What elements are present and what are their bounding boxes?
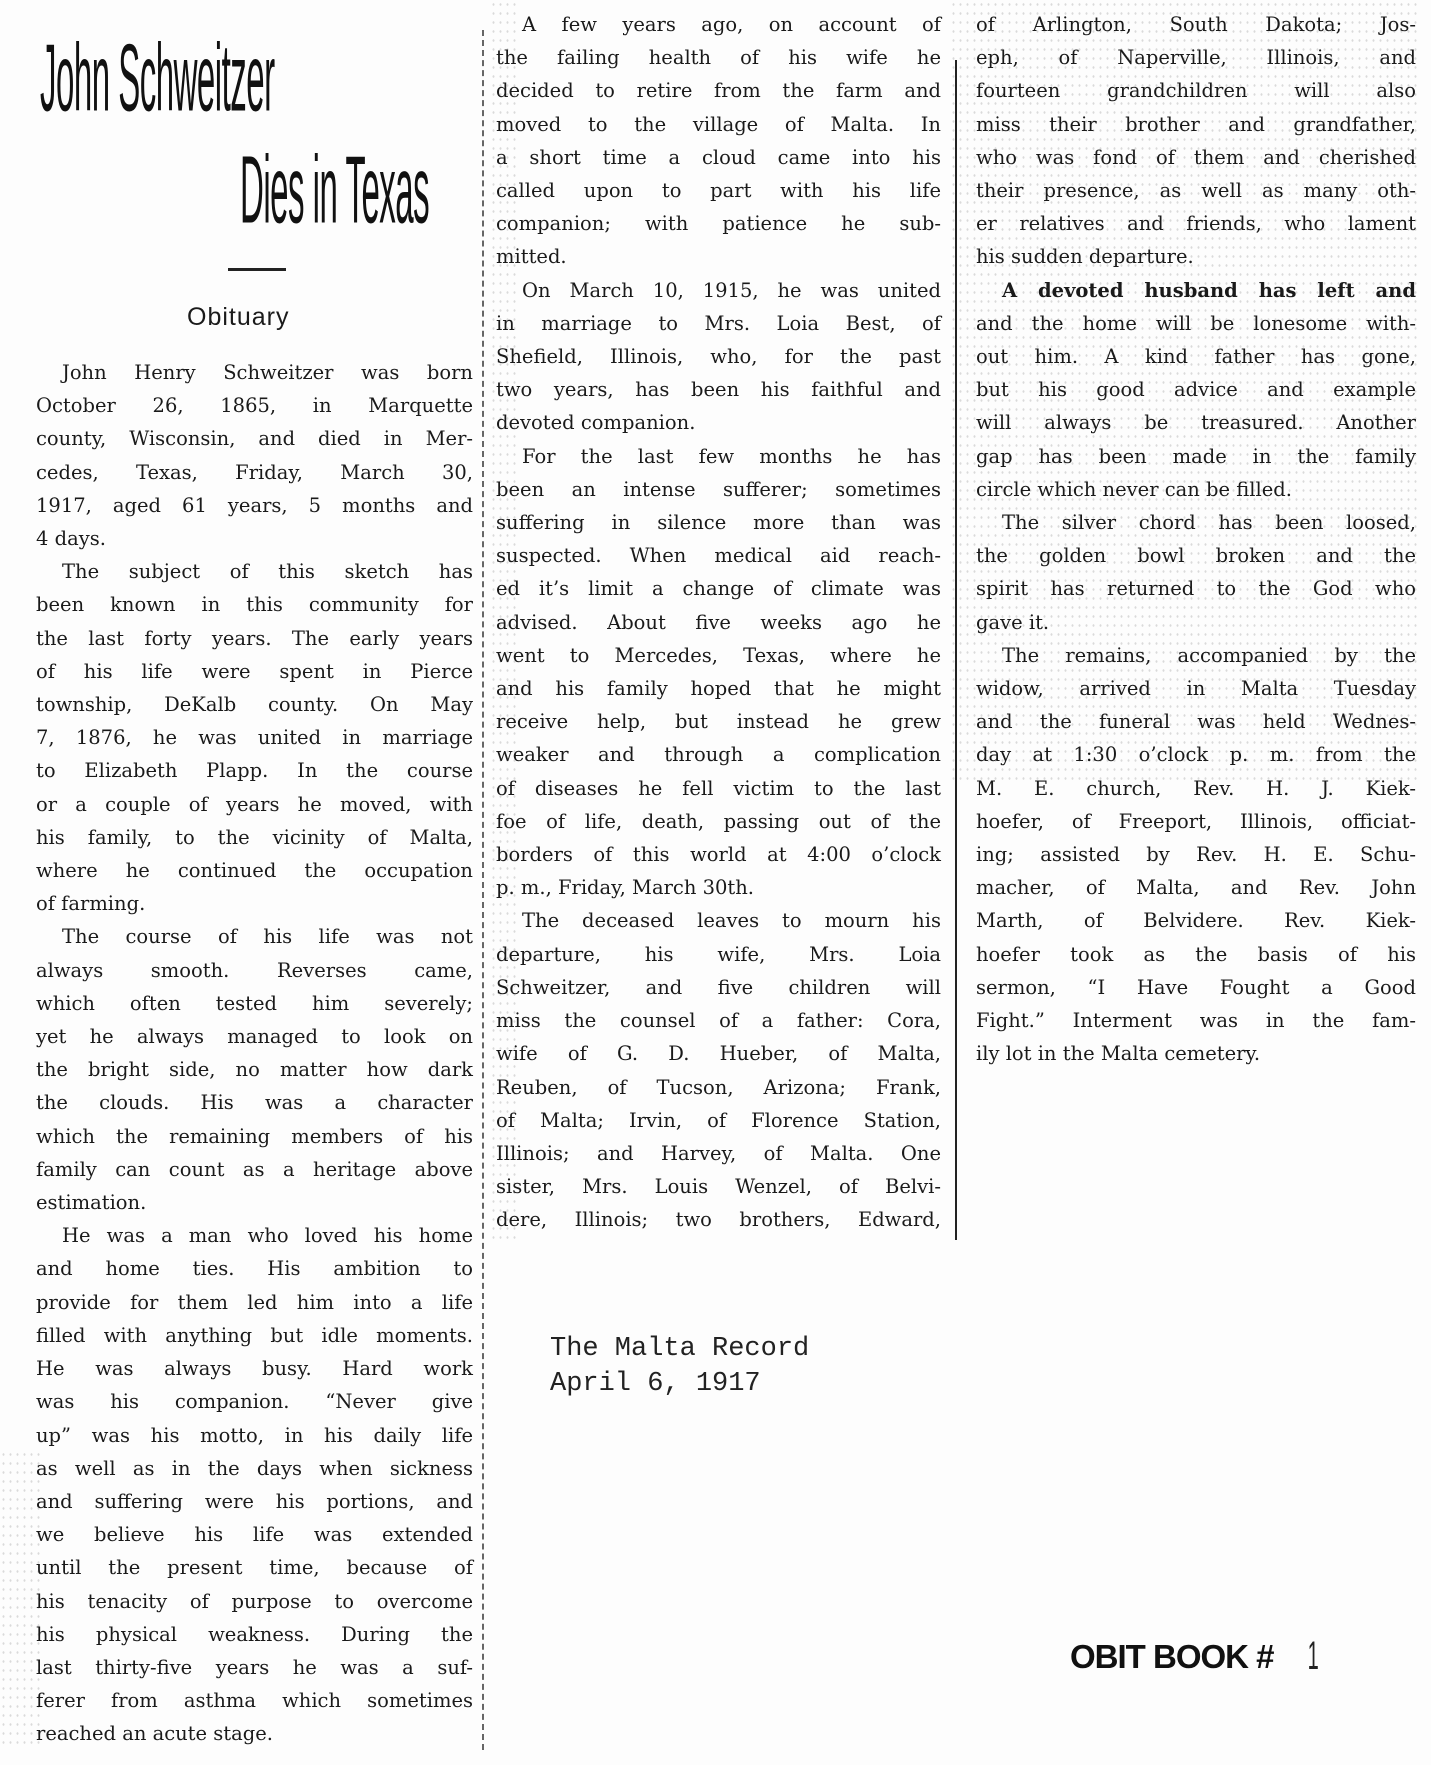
headline-line-1: John Schweitzer <box>40 22 275 132</box>
article-line: and home ties. His ambition to <box>36 1252 473 1285</box>
article-line: been known in this community for <box>36 588 473 621</box>
article-line: sermon, “I Have Fought a Good <box>976 971 1416 1004</box>
article-line: of diseases he fell victim to the last <box>496 772 941 805</box>
article-line: the clouds. His was a character <box>36 1086 473 1119</box>
article-line: been an intense sufferer; sometimes <box>496 473 941 506</box>
article-line: The remains, accompanied by the <box>976 639 1416 672</box>
obit-book-number: 1 <box>1308 1634 1319 1679</box>
article-line: October 26, 1865, in Marquette <box>36 389 473 422</box>
article-line: A devoted husband has left and <box>976 274 1416 307</box>
article-line: of Arlington, South Dakota; Jos- <box>976 8 1416 41</box>
article-line: er relatives and friends, who lament <box>976 207 1416 240</box>
article-line: yet he always managed to look on <box>36 1020 473 1053</box>
article-line: 1917, aged 61 years, 5 months and <box>36 489 473 522</box>
article-line: devoted companion. <box>496 406 941 439</box>
article-line: miss their brother and grandfather, <box>976 108 1416 141</box>
article-line: county, Wisconsin, and died in Mer- <box>36 422 473 455</box>
article-line: mitted. <box>496 240 941 273</box>
article-line: out him. A kind father has gone, <box>976 340 1416 373</box>
article-line: For the last few months he has <box>496 440 941 473</box>
article-column-2: A few years ago, on account ofthe failin… <box>496 8 941 1237</box>
article-line: the last forty years. The early years <box>36 622 473 655</box>
article-line: his physical weakness. During the <box>36 1618 473 1651</box>
article-line: the bright side, no matter how dark <box>36 1053 473 1086</box>
article-line: suspected. When medical aid reach- <box>496 539 941 572</box>
article-line: advised. About five weeks ago he <box>496 606 941 639</box>
article-line: a short time a cloud came into his <box>496 141 941 174</box>
article-line: M. E. church, Rev. H. J. Kiek- <box>976 772 1416 805</box>
article-line: circle which never can be filled. <box>976 473 1416 506</box>
article-line: his family, to the vicinity of Malta, <box>36 821 473 854</box>
article-line: The subject of this sketch has <box>36 555 473 588</box>
article-line: was his companion. “Never give <box>36 1385 473 1418</box>
article-line: went to Mercedes, Texas, where he <box>496 639 941 672</box>
article-line: his sudden departure. <box>976 240 1416 273</box>
article-line: spirit has returned to the God who <box>976 572 1416 605</box>
article-line: fourteen grandchildren will also <box>976 74 1416 107</box>
article-line: hoefer took as the basis of his <box>976 938 1416 971</box>
headline-divider <box>228 268 286 271</box>
article-line: On March 10, 1915, he was united <box>496 274 941 307</box>
publication-date: April 6, 1917 <box>550 1367 809 1402</box>
article-line: and the funeral was held Wednes- <box>976 705 1416 738</box>
article-line: macher, of Malta, and Rev. John <box>976 871 1416 904</box>
article-line: The silver chord has been loosed, <box>976 506 1416 539</box>
article-line: moved to the village of Malta. In <box>496 108 941 141</box>
article-column-3: of Arlington, South Dakota; Jos-eph, of … <box>976 8 1416 1071</box>
article-line: receive help, but instead he grew <box>496 705 941 738</box>
source-caption: The Malta Record April 6, 1917 <box>550 1332 809 1402</box>
article-line: day at 1:30 o’clock p. m. from the <box>976 738 1416 771</box>
article-line: ily lot in the Malta cemetery. <box>976 1037 1416 1070</box>
article-line: foe of life, death, passing out of the <box>496 805 941 838</box>
article-line: filled with anything but idle moments. <box>36 1319 473 1352</box>
article-line: The deceased leaves to mourn his <box>496 904 941 937</box>
obit-book-label: OBIT BOOK # <box>1070 1638 1274 1676</box>
article-line: cedes, Texas, Friday, March 30, <box>36 456 473 489</box>
article-line: the golden bowl broken and the <box>976 539 1416 572</box>
article-line: He was a man who loved his home <box>36 1219 473 1252</box>
article-line: departure, his wife, Mrs. Loia <box>496 938 941 971</box>
article-line: as well as in the days when sickness <box>36 1452 473 1485</box>
article-line: Reuben, of Tucson, Arizona; Frank, <box>496 1071 941 1104</box>
article-line: The course of his life was not <box>36 920 473 953</box>
scan-speckle <box>0 1450 40 1750</box>
article-line: two years, has been his faithful and <box>496 373 941 406</box>
column-rule <box>955 60 957 1240</box>
article-line: Shefield, Illinois, who, for the past <box>496 340 941 373</box>
article-line: wife of G. D. Hueber, of Malta, <box>496 1037 941 1070</box>
article-line: borders of this world at 4:00 o’clock <box>496 838 941 871</box>
article-line: companion; with patience he sub- <box>496 207 941 240</box>
article-line: sister, Mrs. Louis Wenzel, of Belvi- <box>496 1170 941 1203</box>
article-line: until the present time, because of <box>36 1551 473 1584</box>
column-rule <box>482 30 486 1750</box>
article-line: to Elizabeth Plapp. In the course <box>36 754 473 787</box>
article-line: their presence, as well as many oth- <box>976 174 1416 207</box>
article-line: provide for them led him into a life <box>36 1286 473 1319</box>
article-line: but his good advice and example <box>976 373 1416 406</box>
article-line: of his life were spent in Pierce <box>36 655 473 688</box>
article-line: John Henry Schweitzer was born <box>36 356 473 389</box>
article-line: or a couple of years he moved, with <box>36 788 473 821</box>
article-line: last thirty-five years he was a suf- <box>36 1651 473 1684</box>
article-line: where he continued the occupation <box>36 854 473 887</box>
article-line: in marriage to Mrs. Loia Best, of <box>496 307 941 340</box>
article-line: 7, 1876, he was united in marriage <box>36 721 473 754</box>
article-line: eph, of Naperville, Illinois, and <box>976 41 1416 74</box>
article-line: the failing health of his wife he <box>496 41 941 74</box>
article-line: widow, arrived in Malta Tuesday <box>976 672 1416 705</box>
article-line: family can count as a heritage above <box>36 1153 473 1186</box>
article-line: miss the counsel of a father: Cora, <box>496 1004 941 1037</box>
article-line: township, DeKalb county. On May <box>36 688 473 721</box>
article-line: we believe his life was extended <box>36 1518 473 1551</box>
article-line: will always be treasured. Another <box>976 406 1416 439</box>
article-line: A few years ago, on account of <box>496 8 941 41</box>
article-line: his tenacity of purpose to overcome <box>36 1585 473 1618</box>
scanned-newspaper-page: John Schweitzer Dies in Texas Obituary J… <box>0 0 1431 1765</box>
article-line: and the home will be lonesome with- <box>976 307 1416 340</box>
article-line: weaker and through a complication <box>496 738 941 771</box>
article-line: 4 days. <box>36 522 473 555</box>
article-line: He was always busy. Hard work <box>36 1352 473 1385</box>
article-line: Marth, of Belvidere. Rev. Kiek- <box>976 904 1416 937</box>
article-line: Schweitzer, and five children will <box>496 971 941 1004</box>
article-line: hoefer, of Freeport, Illinois, officiat- <box>976 805 1416 838</box>
article-line: reached an acute stage. <box>36 1717 473 1750</box>
article-line: and suffering were his portions, and <box>36 1485 473 1518</box>
article-line: always smooth. Reverses came, <box>36 954 473 987</box>
article-line: estimation. <box>36 1186 473 1219</box>
article-line: ferer from asthma which sometimes <box>36 1684 473 1717</box>
article-line: dere, Illinois; two brothers, Edward, <box>496 1203 941 1236</box>
article-line: up” was his motto, in his daily life <box>36 1419 473 1452</box>
article-column-1: John Henry Schweitzer was bornOctober 26… <box>36 356 473 1751</box>
article-line: gap has been made in the family <box>976 440 1416 473</box>
article-line: called upon to part with his life <box>496 174 941 207</box>
article-line: who was fond of them and cherished <box>976 141 1416 174</box>
article-line: ing; assisted by Rev. H. E. Schu- <box>976 838 1416 871</box>
headline-line-2: Dies in Texas <box>240 134 429 244</box>
article-line: gave it. <box>976 606 1416 639</box>
article-line: which often tested him severely; <box>36 987 473 1020</box>
article-line: and his family hoped that he might <box>496 672 941 705</box>
publication-name: The Malta Record <box>550 1332 809 1367</box>
article-line: of Malta; Irvin, of Florence Station, <box>496 1104 941 1137</box>
article-line: which the remaining members of his <box>36 1120 473 1153</box>
section-heading: Obituary <box>187 303 289 332</box>
article-line: suffering in silence more than was <box>496 506 941 539</box>
article-line: Illinois; and Harvey, of Malta. One <box>496 1137 941 1170</box>
article-line: Fight.” Interment was in the fam- <box>976 1004 1416 1037</box>
article-line: of farming. <box>36 887 473 920</box>
article-line: p. m., Friday, March 30th. <box>496 871 941 904</box>
article-line: decided to retire from the farm and <box>496 74 941 107</box>
article-line: ed it’s limit a change of climate was <box>496 572 941 605</box>
